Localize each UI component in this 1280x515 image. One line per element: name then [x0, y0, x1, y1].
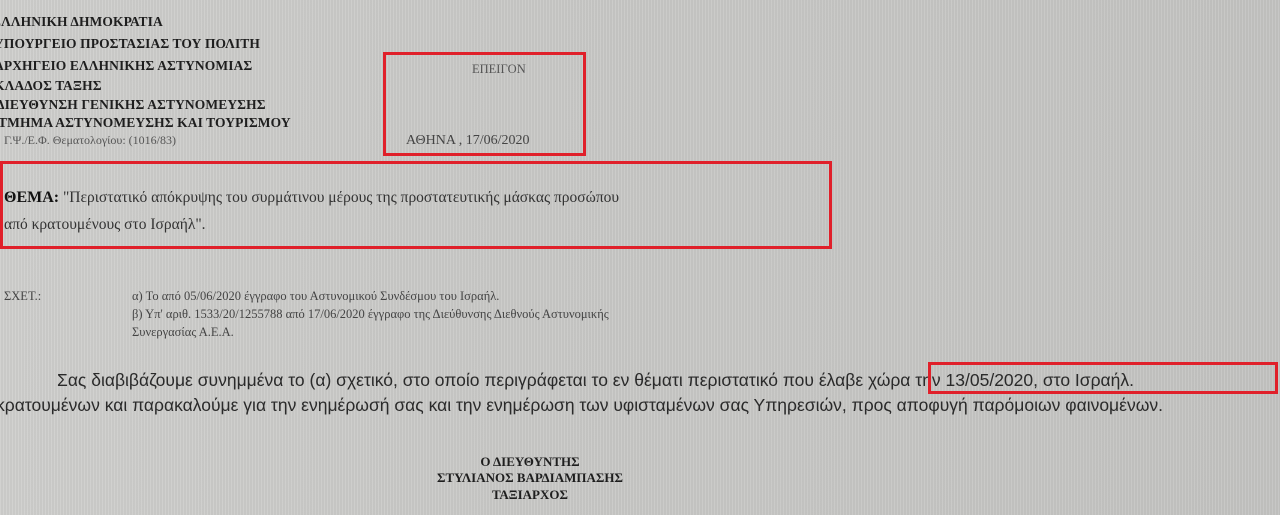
subject-label: ΘΕΜΑ:: [4, 189, 59, 206]
reference-item-a: α) Το από 05/06/2020 έγγραφο του Αστυνομ…: [132, 289, 499, 304]
classification-label: ΕΠΕΙΓΟΝ: [472, 62, 526, 77]
reference-item-b: β) Υπ' αριθ. 1533/20/1255788 από 17/06/2…: [132, 307, 609, 322]
header-line-directorate: ΔΙΕΥΘΥΝΣΗ ΓΕΝΙΚΗΣ ΑΣΤΥΝΟΜΕΥΣΗΣ: [0, 97, 266, 113]
signature-title: Ο ΔΙΕΥΘΥΝΤΗΣ: [380, 454, 680, 470]
protocol-number: Γ.Ψ./Ε.Φ. Θεματολογίου: (1016/83): [4, 133, 176, 148]
place-date: ΑΘΗΝΑ , 17/06/2020: [406, 133, 529, 149]
body-text-1: Σας διαβιβάζουμε συνημμένα το (α) σχετικ…: [57, 370, 819, 390]
header-line-ministry: ΥΠΟΥΡΓΕΙΟ ΠΡΟΣΤΑΣΙΑΣ ΤΟΥ ΠΟΛΙΤΗ: [0, 36, 260, 52]
signature-rank: ΤΑΞΙΑΡΧΟΣ: [380, 487, 680, 503]
subject-line-1: ΘΕΜΑ: "Περιστατικό απόκρυψης του συρμάτι…: [4, 184, 619, 211]
annotation-box-incident-date: [928, 362, 1278, 394]
header-line-branch: ΚΛΑΔΟΣ ΤΑΞΗΣ: [0, 78, 102, 94]
header-line-republic: ΕΛΛΗΝΙΚΗ ΔΗΜΟΚΡΑΤΙΑ: [0, 14, 163, 30]
body-line-2: κρατουμένων και παρακαλούμε για την ενημ…: [0, 395, 1163, 416]
header-line-headquarters: ΑΡΧΗΓΕΙΟ ΕΛΛΗΝΙΚΗΣ ΑΣΤΥΝΟΜΙΑΣ: [0, 58, 252, 74]
reference-item-b-cont: Συνεργασίας Α.Ε.Α.: [132, 325, 234, 340]
subject-text-2: από κρατουμένους στο Ισραήλ".: [4, 211, 206, 238]
subject-text-1: "Περιστατικό απόκρυψης του συρμάτινου μέ…: [63, 189, 619, 206]
references-label: ΣΧΕΤ.:: [4, 289, 41, 304]
signature-name: ΣΤΥΛΙΑΝΟΣ ΒΑΡΔΙΑΜΠΑΣΗΣ: [380, 470, 680, 486]
header-line-department: ΤΜΗΜΑ ΑΣΤΥΝΟΜΕΥΣΗΣ ΚΑΙ ΤΟΥΡΙΣΜΟΥ: [0, 115, 291, 131]
